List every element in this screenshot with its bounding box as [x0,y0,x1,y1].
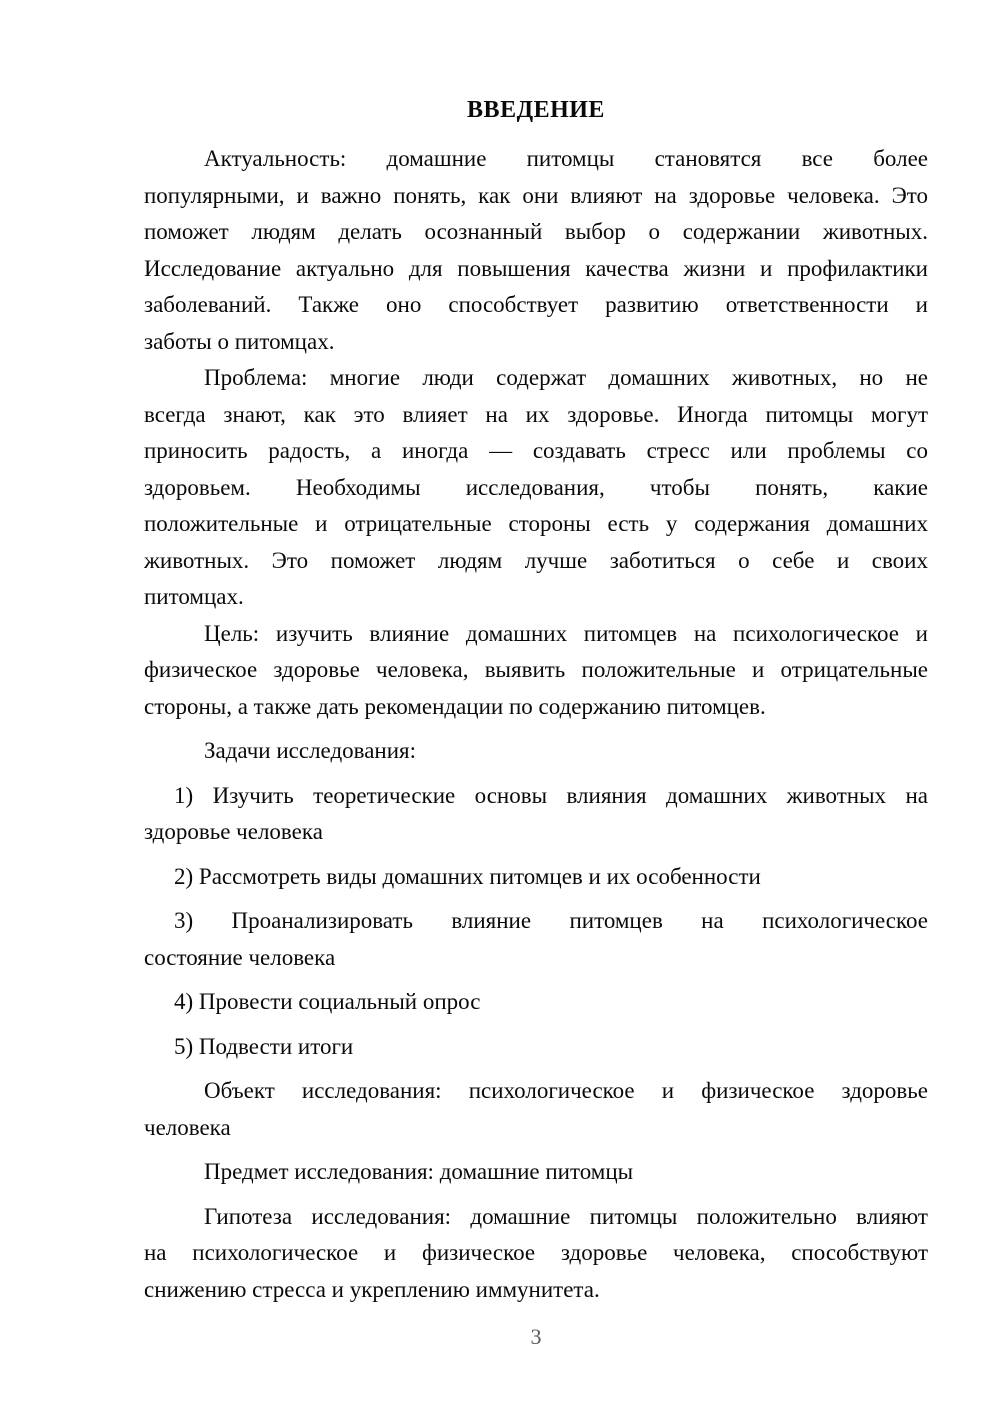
text-line: Предмет исследования: домашние питомцы [144,1154,928,1191]
text-line: заболеваний. Также оно способствует разв… [144,287,928,324]
numbered-list-item: 2) Рассмотреть виды домашних питомцев и … [144,859,928,896]
text-line: Объект исследования: психологическое и ф… [144,1073,928,1110]
paragraph: Предмет исследования: домашние питомцы [144,1154,928,1191]
text-line: стороны, а также дать рекомендации по со… [144,689,928,726]
text-line: популярными, и важно понять, как они вли… [144,178,928,215]
text-line: Цель: изучить влияние домашних питомцев … [144,616,928,653]
text-line: 5) Подвести итоги [144,1029,928,1066]
text-line: Исследование актуально для повышения кач… [144,251,928,288]
text-line: физическое здоровье человека, выявить по… [144,652,928,689]
text-line: на психологическое и физическое здоровье… [144,1235,928,1272]
numbered-list-item: 4) Провести социальный опрос [144,984,928,1021]
text-line: 3) Проанализировать влияние питомцев на … [144,903,928,940]
numbered-list-item: 3) Проанализировать влияние питомцев на … [144,903,928,976]
paragraph: Актуальность: домашние питомцы становятс… [144,141,928,360]
text-line: Актуальность: домашние питомцы становятс… [144,141,928,178]
text-line: питомцах. [144,579,928,616]
text-line: поможет людям делать осознанный выбор о … [144,214,928,251]
numbered-list-item: 5) Подвести итоги [144,1029,928,1066]
text-line: 1) Изучить теоретические основы влияния … [144,778,928,815]
page-number: 3 [144,1324,928,1349]
page-content: ВВЕДЕНИЕ Актуальность: домашние питомцы … [144,92,928,1308]
text-line: положительные и отрицательные стороны ес… [144,506,928,543]
document-page: ВВЕДЕНИЕ Актуальность: домашние питомцы … [0,0,1000,1414]
text-line: приносить радость, а иногда — создавать … [144,433,928,470]
text-line: 2) Рассмотреть виды домашних питомцев и … [144,859,928,896]
text-line: Задачи исследования: [144,733,928,770]
text-line: здоровье человека [144,814,928,851]
paragraph-list: Актуальность: домашние питомцы становятс… [144,141,928,1308]
text-line: человека [144,1110,928,1147]
text-line: здоровьем. Необходимы исследования, чтоб… [144,470,928,507]
text-line: всегда знают, как это влияет на их здоро… [144,397,928,434]
paragraph: Задачи исследования: [144,733,928,770]
numbered-list-item: 1) Изучить теоретические основы влияния … [144,778,928,851]
text-line: животных. Это поможет людям лучше заботи… [144,543,928,580]
text-line: состояние человека [144,940,928,977]
text-line: снижению стресса и укреплению иммунитета… [144,1272,928,1309]
paragraph: Гипотеза исследования: домашние питомцы … [144,1199,928,1309]
text-line: Гипотеза исследования: домашние питомцы … [144,1199,928,1236]
section-title: ВВЕДЕНИЕ [144,92,928,129]
text-line: 4) Провести социальный опрос [144,984,928,1021]
text-line: заботы о питомцах. [144,324,928,361]
paragraph: Объект исследования: психологическое и ф… [144,1073,928,1146]
paragraph: Проблема: многие люди содержат домашних … [144,360,928,616]
paragraph: Цель: изучить влияние домашних питомцев … [144,616,928,726]
text-line: Проблема: многие люди содержат домашних … [144,360,928,397]
